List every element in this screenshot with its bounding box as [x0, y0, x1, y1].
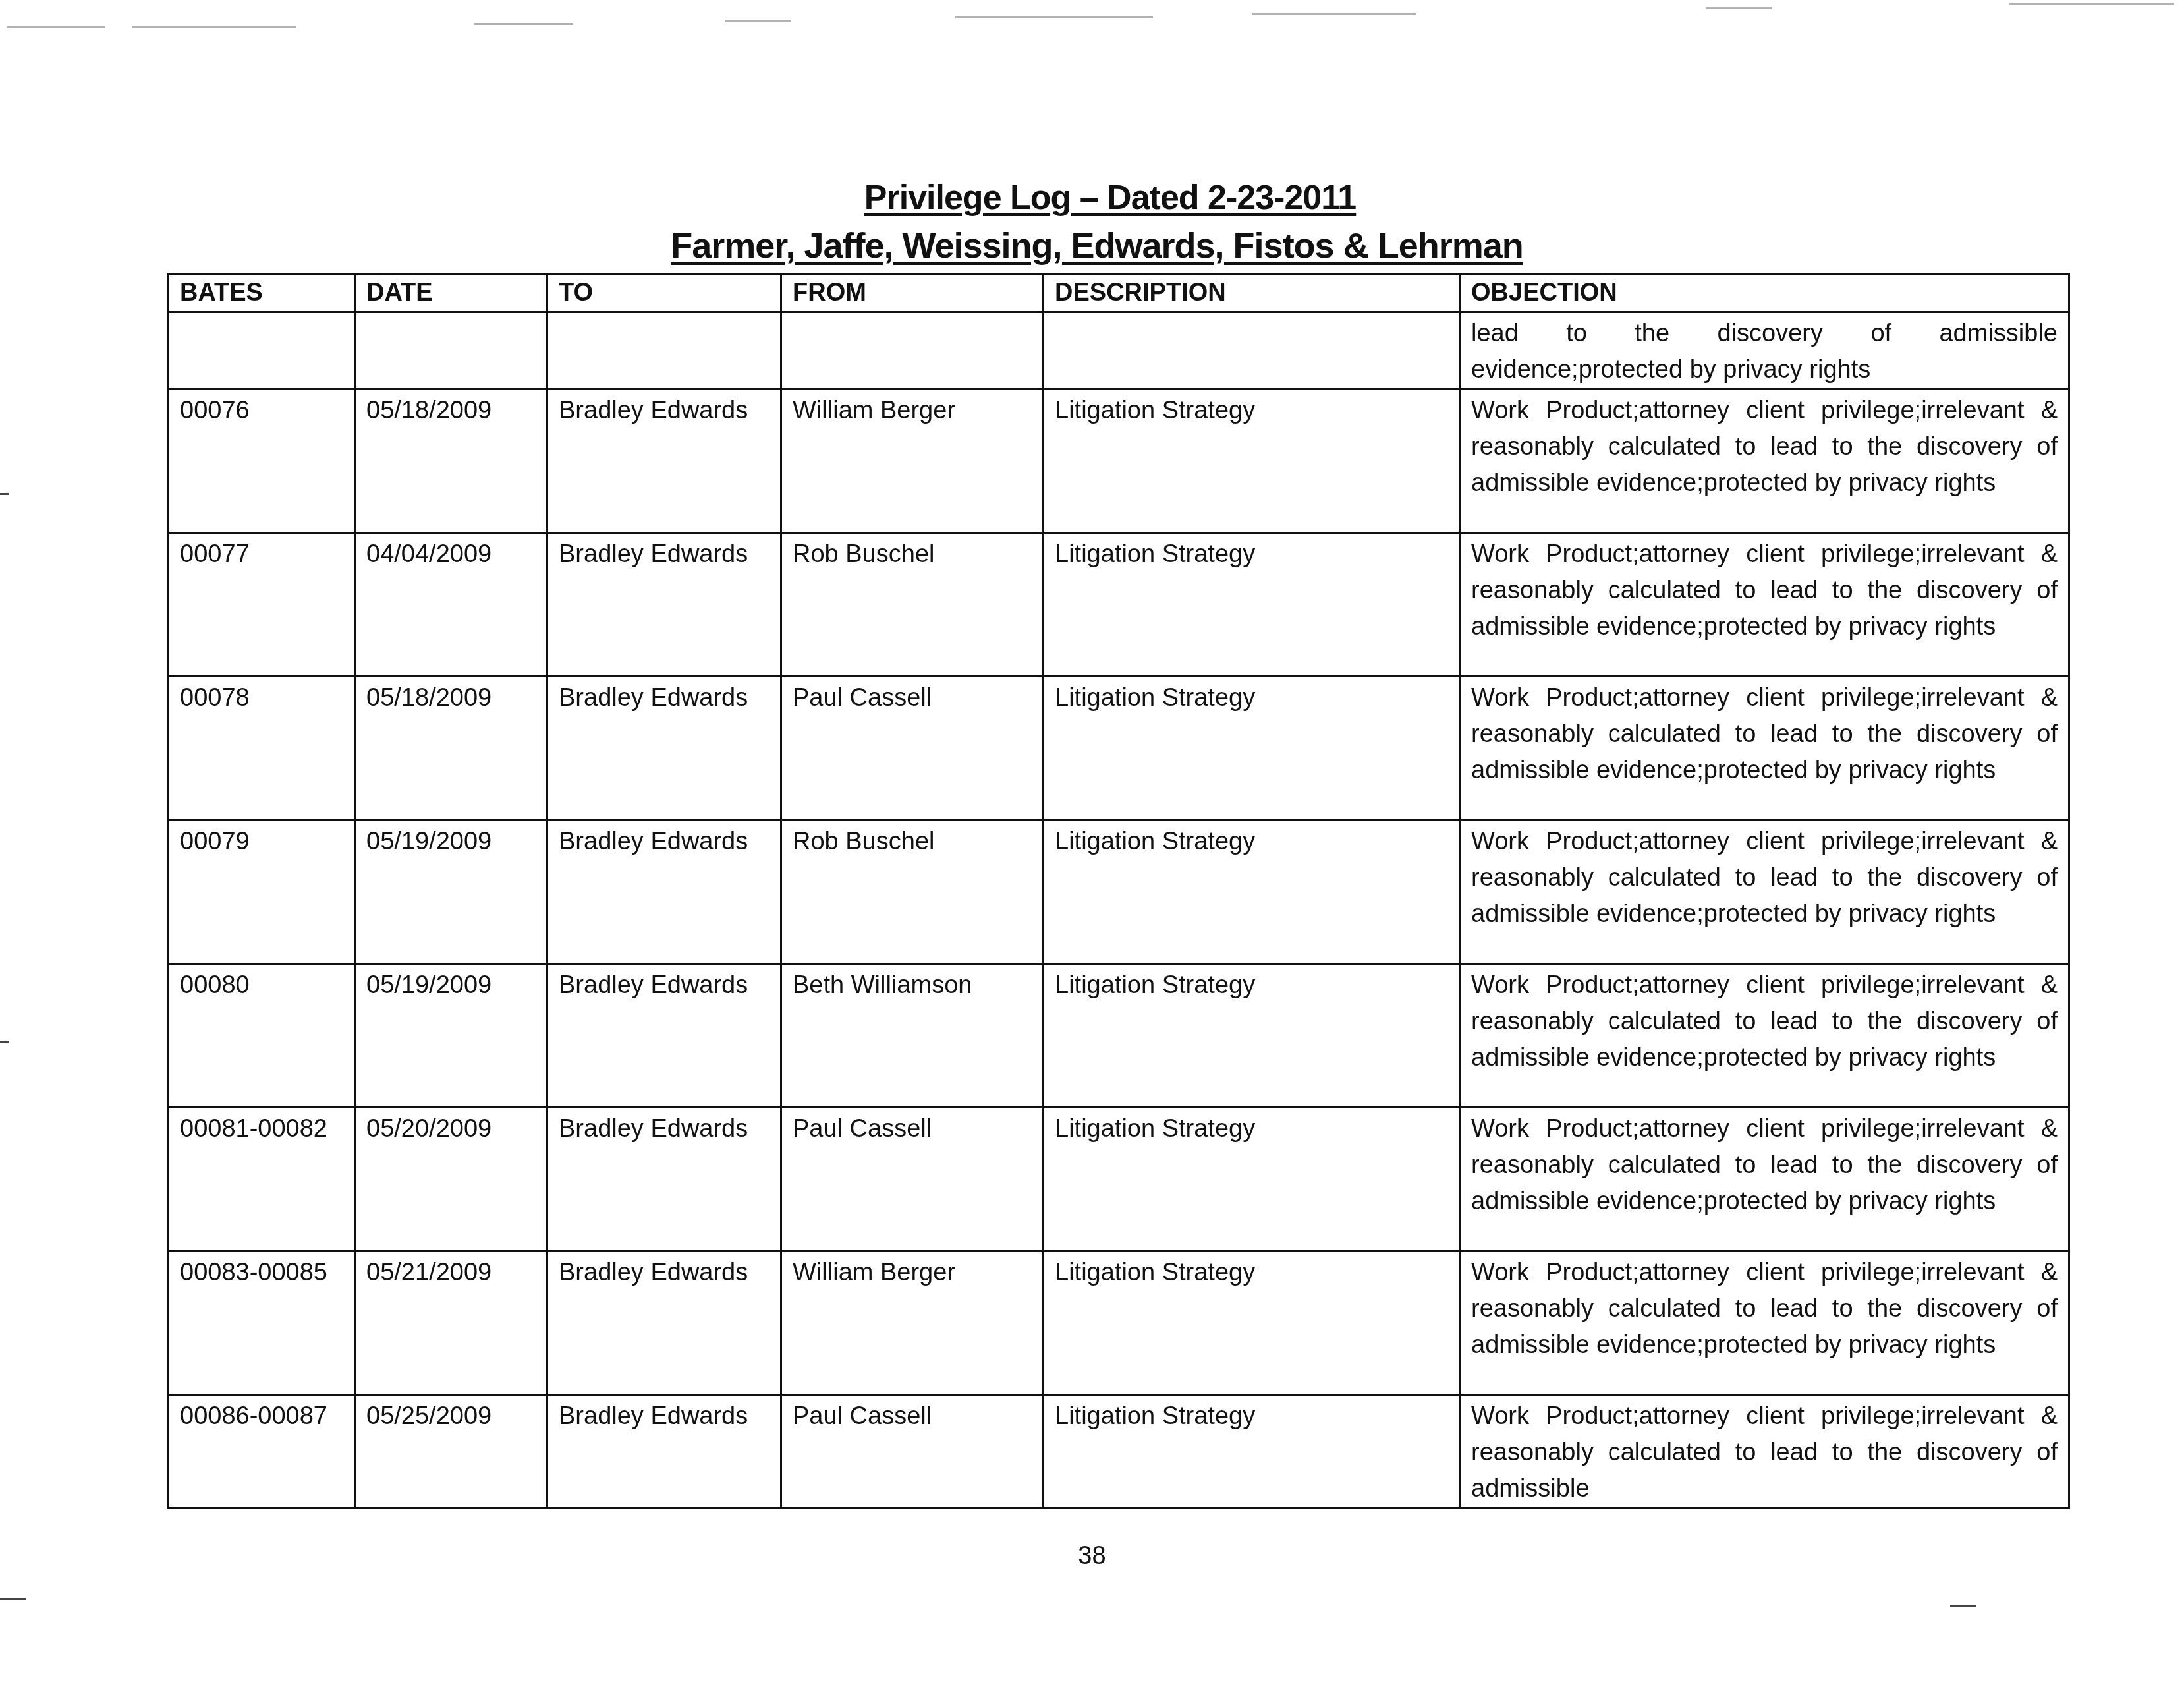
cell-from: Beth Williamson — [781, 964, 1044, 1108]
cell-description: Litigation Strategy — [1044, 964, 1460, 1108]
cell-from: Rob Buschel — [781, 533, 1044, 677]
cell-date — [355, 312, 547, 389]
column-header-bates: BATES — [169, 274, 355, 312]
cell-bates: 00079 — [169, 820, 355, 964]
cell-date: 05/18/2009 — [355, 389, 547, 533]
table-row: 0008005/19/2009Bradley EdwardsBeth Willi… — [169, 964, 2069, 1108]
cell-objection: lead to the discovery of admissible evid… — [1460, 312, 2069, 389]
cell-description: Litigation Strategy — [1044, 1108, 1460, 1251]
cell-description: Litigation Strategy — [1044, 820, 1460, 964]
table-row: 00083-0008505/21/2009Bradley EdwardsWill… — [169, 1251, 2069, 1395]
cell-from: Paul Cassell — [781, 677, 1044, 820]
cell-bates: 00077 — [169, 533, 355, 677]
cell-from: William Berger — [781, 1251, 1044, 1395]
cell-description — [1044, 312, 1460, 389]
cell-to: Bradley Edwards — [547, 677, 781, 820]
cell-objection: Work Product;attorney client privilege;i… — [1460, 1395, 2069, 1508]
cell-description: Litigation Strategy — [1044, 1395, 1460, 1508]
cell-description: Litigation Strategy — [1044, 1251, 1460, 1395]
scan-artifact — [1252, 13, 1416, 15]
cell-to: Bradley Edwards — [547, 820, 781, 964]
scan-artifact — [2009, 3, 2174, 5]
table-body: lead to the discovery of admissible evid… — [169, 312, 2069, 1508]
cell-to — [547, 312, 781, 389]
column-header-to: TO — [547, 274, 781, 312]
column-header-objection: OBJECTION — [1460, 274, 2069, 312]
cell-objection: Work Product;attorney client privilege;i… — [1460, 1108, 2069, 1251]
scan-artifact — [1950, 1605, 1976, 1607]
cell-bates — [169, 312, 355, 389]
column-header-description: DESCRIPTION — [1044, 274, 1460, 312]
scan-artifact — [1706, 7, 1772, 9]
table-row: 0007905/19/2009Bradley EdwardsRob Busche… — [169, 820, 2069, 964]
column-header-from: FROM — [781, 274, 1044, 312]
cell-date: 05/19/2009 — [355, 820, 547, 964]
cell-from — [781, 312, 1044, 389]
cell-bates: 00081-00082 — [169, 1108, 355, 1251]
cell-from: William Berger — [781, 389, 1044, 533]
table-row: lead to the discovery of admissible evid… — [169, 312, 2069, 389]
scan-artifact — [0, 493, 9, 495]
cell-bates: 00083-00085 — [169, 1251, 355, 1395]
cell-from: Rob Buschel — [781, 820, 1044, 964]
cell-from: Paul Cassell — [781, 1108, 1044, 1251]
cell-date: 05/18/2009 — [355, 677, 547, 820]
cell-date: 05/21/2009 — [355, 1251, 547, 1395]
table-header-row: BATES DATE TO FROM DESCRIPTION OBJECTION — [169, 274, 2069, 312]
cell-date: 05/20/2009 — [355, 1108, 547, 1251]
table-row: 00086-0008705/25/2009Bradley EdwardsPaul… — [169, 1395, 2069, 1508]
cell-objection: Work Product;attorney client privilege;i… — [1460, 820, 2069, 964]
scan-artifact — [132, 26, 296, 28]
cell-objection: Work Product;attorney client privilege;i… — [1460, 964, 2069, 1108]
cell-date: 04/04/2009 — [355, 533, 547, 677]
cell-to: Bradley Edwards — [547, 1251, 781, 1395]
scan-artifact — [0, 1598, 26, 1600]
scan-artifact — [725, 20, 791, 22]
cell-bates: 00076 — [169, 389, 355, 533]
cell-description: Litigation Strategy — [1044, 389, 1460, 533]
document-title: Privilege Log – Dated 2-23-2011 — [36, 178, 2184, 217]
table-row: 00081-0008205/20/2009Bradley EdwardsPaul… — [169, 1108, 2069, 1251]
cell-objection: Work Product;attorney client privilege;i… — [1460, 389, 2069, 533]
cell-objection: Work Product;attorney client privilege;i… — [1460, 533, 2069, 677]
cell-description: Litigation Strategy — [1044, 533, 1460, 677]
scan-artifact — [955, 16, 1153, 18]
table-row: 0007704/04/2009Bradley EdwardsRob Busche… — [169, 533, 2069, 677]
column-header-date: DATE — [355, 274, 547, 312]
cell-to: Bradley Edwards — [547, 964, 781, 1108]
cell-objection: Work Product;attorney client privilege;i… — [1460, 677, 2069, 820]
cell-date: 05/25/2009 — [355, 1395, 547, 1508]
document-header: Privilege Log – Dated 2-23-2011 Farmer, … — [0, 178, 2184, 266]
table-row: 0007805/18/2009Bradley EdwardsPaul Casse… — [169, 677, 2069, 820]
cell-bates: 00078 — [169, 677, 355, 820]
document-subtitle: Farmer, Jaffe, Weissing, Edwards, Fistos… — [10, 225, 2184, 266]
scan-artifact — [0, 1041, 9, 1043]
privilege-log-table: BATES DATE TO FROM DESCRIPTION OBJECTION… — [167, 273, 2070, 1509]
cell-to: Bradley Edwards — [547, 389, 781, 533]
cell-bates: 00086-00087 — [169, 1395, 355, 1508]
scan-artifact — [474, 23, 573, 25]
cell-objection: Work Product;attorney client privilege;i… — [1460, 1251, 2069, 1395]
table-row: 0007605/18/2009Bradley EdwardsWilliam Be… — [169, 389, 2069, 533]
scan-artifact — [7, 26, 105, 28]
cell-to: Bradley Edwards — [547, 533, 781, 677]
cell-description: Litigation Strategy — [1044, 677, 1460, 820]
cell-bates: 00080 — [169, 964, 355, 1108]
page-number: 38 — [0, 1542, 2184, 1570]
cell-date: 05/19/2009 — [355, 964, 547, 1108]
cell-to: Bradley Edwards — [547, 1108, 781, 1251]
cell-to: Bradley Edwards — [547, 1395, 781, 1508]
cell-from: Paul Cassell — [781, 1395, 1044, 1508]
